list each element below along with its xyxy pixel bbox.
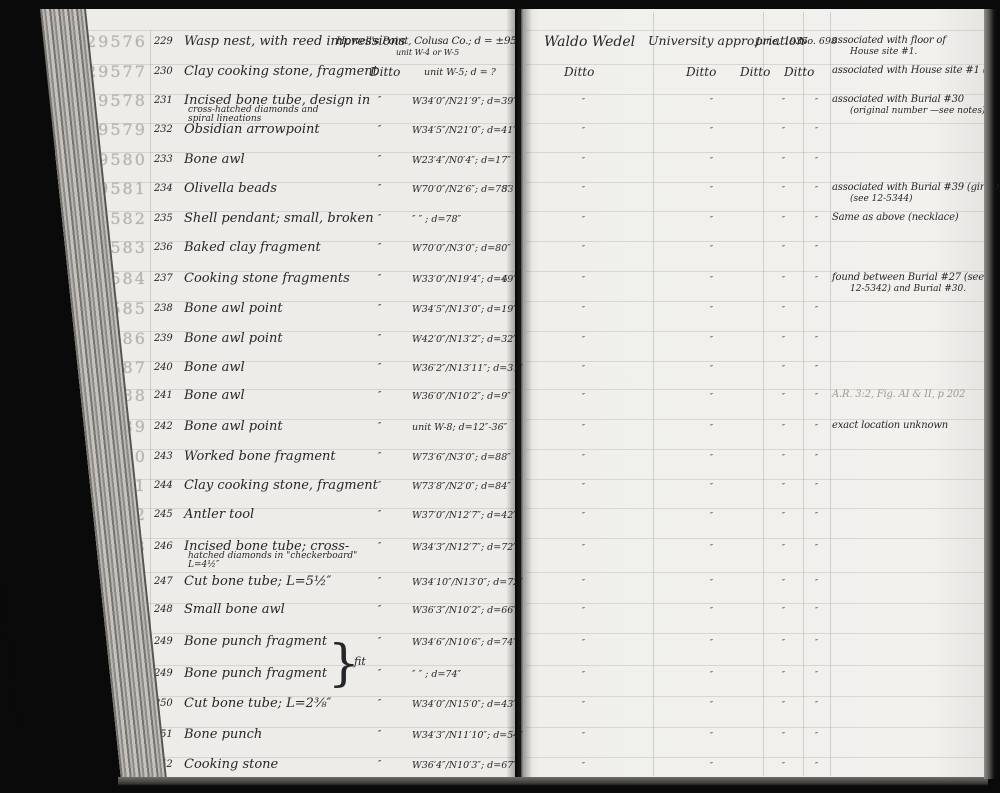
accession-ditto-mark: ″ <box>815 639 818 647</box>
date-ditto-mark: ″ <box>782 276 785 284</box>
remark-line: Same as above (necklace) <box>832 213 959 223</box>
accession-ditto-mark: ″ <box>815 157 818 165</box>
remark-line: associated with Burial #30 <box>832 95 964 105</box>
ruled-line <box>526 633 984 634</box>
date-ditto-mark: ″ <box>782 544 785 552</box>
acquisition-ditto-mark: ″ <box>710 483 713 491</box>
measurement: W34′0″/N15′0″; d=43″ <box>412 700 517 710</box>
accession-ditto-mark: ″ <box>815 732 818 740</box>
accession-ditto-mark: ″ <box>815 365 818 373</box>
accession-ditto-mark: ″ <box>815 216 818 224</box>
date-ditto-mark: ″ <box>782 579 785 587</box>
locality-ditto-mark: ″ <box>378 305 381 314</box>
collector-ditto-mark: ″ <box>582 512 585 520</box>
measurement: W36′4″/N10′3″; d=67″ <box>412 761 517 771</box>
remark-line: associated with floor of <box>832 36 946 46</box>
accession-ditto-mark: ″ <box>815 424 818 432</box>
page-right-edge <box>984 9 996 779</box>
ruled-line <box>526 449 984 450</box>
original-number: 242 <box>154 422 173 432</box>
acquisition-ditto-mark: ″ <box>710 98 713 106</box>
remark-line: House site #1. <box>850 48 917 57</box>
original-number: 235 <box>154 214 173 224</box>
measurement: W34′3″/N12′7″; d=72″ <box>412 543 517 553</box>
specimen-description: Small bone awl <box>184 603 285 616</box>
acquisition-ditto-mark: ″ <box>710 393 713 401</box>
catalog-number-stamp: 29576 <box>86 34 147 50</box>
locality-ditto-mark: ″ <box>378 638 381 647</box>
collector-ditto-mark: ″ <box>582 216 585 224</box>
column-rule <box>763 12 764 776</box>
specimen-description: Cooking stone <box>184 758 278 771</box>
specimen-description: Bone awl <box>184 389 245 402</box>
fit-note: fit <box>354 656 366 667</box>
specimen-description: Bone punch fragment <box>184 635 327 648</box>
measurement: W34′0″/N21′9″; d=39″ <box>412 97 517 107</box>
acquisition-ditto: Ditto <box>686 66 716 78</box>
date-ditto-mark: ″ <box>782 671 785 679</box>
locality-ditto-mark: ″ <box>378 215 381 224</box>
ruled-line <box>526 757 984 758</box>
specimen-description: Bone awl point <box>184 420 283 433</box>
date-ditto-mark: ″ <box>782 639 785 647</box>
catalog-number-stamp: 29577 <box>86 64 147 80</box>
acquisition-ditto-mark: ″ <box>710 579 713 587</box>
ruled-line <box>80 30 514 31</box>
acquisition-ditto-mark: ″ <box>710 701 713 709</box>
accession-ditto-mark: ″ <box>815 671 818 679</box>
original-number: 248 <box>154 605 173 615</box>
date-ditto-mark: ″ <box>782 512 785 520</box>
specimen-description: Bone awl <box>184 153 245 166</box>
locality-ditto-mark: ″ <box>378 392 381 401</box>
date-ditto: Ditto <box>740 66 770 78</box>
remark-line: (see 12-5344) <box>850 195 913 204</box>
measurement: W34′6″/N10′6″; d=74″ <box>412 638 517 648</box>
acquisition-ditto-mark: ″ <box>710 732 713 740</box>
acquisition-ditto-mark: ″ <box>710 157 713 165</box>
remark-line: exact location unknown <box>832 421 948 431</box>
ruled-line <box>526 508 984 509</box>
accession-ditto-mark: ″ <box>815 762 818 770</box>
collector-ditto-mark: ″ <box>582 393 585 401</box>
measurement: W73′6″/N3′0″; d=88″ <box>412 453 511 463</box>
column-rule <box>653 12 654 776</box>
specimen-description: Clay cooking stone, fragment <box>184 65 378 78</box>
original-number: 249 <box>154 669 173 679</box>
original-number: 247 <box>154 577 173 587</box>
acquisition-ditto-mark: ″ <box>710 671 713 679</box>
accession-ditto-mark: ″ <box>815 512 818 520</box>
original-number: 229 <box>154 37 173 47</box>
acquisition-ditto-mark: ″ <box>710 607 713 615</box>
date-ditto-mark: ″ <box>782 393 785 401</box>
date-ditto-mark: ″ <box>782 245 785 253</box>
date-ditto-mark: ″ <box>782 186 785 194</box>
locality-ditto-mark: ″ <box>378 97 381 106</box>
locality-ditto-mark: ″ <box>378 453 381 462</box>
acquisition-ditto-mark: ″ <box>710 424 713 432</box>
measurement: W73′8″/N2′0″; d=84″ <box>412 482 511 492</box>
specimen-description: Bone punch fragment <box>184 667 327 680</box>
specimen-description: Bone awl point <box>184 332 283 345</box>
remark-line: found between Burial #27 (see <box>832 273 984 283</box>
accession-ditto-mark: ″ <box>815 336 818 344</box>
date-ditto-mark: ″ <box>782 365 785 373</box>
locality-ditto-mark: ″ <box>378 244 381 253</box>
acquisition-ditto-mark: ″ <box>710 186 713 194</box>
measurement: W37′0″/N12′7″; d=42″ <box>412 511 517 521</box>
specimen-description: Obsidian arrowpoint <box>184 123 320 136</box>
ruled-line <box>526 123 984 124</box>
collector-ditto-mark: ″ <box>582 336 585 344</box>
collector-ditto-mark: ″ <box>582 157 585 165</box>
date-ditto-mark: ″ <box>782 701 785 709</box>
date-ditto-mark: ″ <box>782 732 785 740</box>
accession-ditto: Ditto <box>784 66 814 78</box>
date-ditto-mark: ″ <box>782 157 785 165</box>
locality-ditto-mark: ″ <box>378 543 381 552</box>
original-number: 249 <box>154 637 173 647</box>
page-bottom-edge <box>118 777 988 786</box>
date-ditto-mark: ″ <box>782 336 785 344</box>
original-number: 233 <box>154 155 173 165</box>
collector-ditto-mark: ″ <box>582 579 585 587</box>
measurement: W70′0″/N3′0″; d=80″ <box>412 244 511 254</box>
collector-name: Waldo Wedel <box>544 35 635 49</box>
original-number: 230 <box>154 67 173 77</box>
ruled-line <box>526 331 984 332</box>
collector-ditto-mark: ″ <box>582 365 585 373</box>
measurement: W70′0″/N2′6″; d=78″ <box>412 185 511 195</box>
specimen-description: Antler tool <box>184 508 254 521</box>
column-rule <box>830 12 831 776</box>
date-ditto-mark: ″ <box>782 216 785 224</box>
locality-ditto: Ditto <box>370 66 400 78</box>
ruled-line <box>526 727 984 728</box>
collector-ditto-mark: ″ <box>582 607 585 615</box>
collector-ditto-mark: ″ <box>582 127 585 135</box>
locality: Howell's Point, Colusa Co.; d = ±95′ <box>336 36 519 47</box>
collector-ditto-mark: ″ <box>582 245 585 253</box>
ruled-line <box>526 572 984 573</box>
ruled-line <box>526 665 984 666</box>
accession-ditto-mark: ″ <box>815 306 818 314</box>
original-number: 246 <box>154 542 173 552</box>
collector-ditto-mark: ″ <box>582 306 585 314</box>
acquisition-ditto-mark: ″ <box>710 454 713 462</box>
acquisition-ditto-mark: ″ <box>710 127 713 135</box>
original-number: 245 <box>154 510 173 520</box>
accession-ditto-mark: ″ <box>815 701 818 709</box>
collector-ditto-mark: ″ <box>582 762 585 770</box>
locality-ditto-mark: ″ <box>378 511 381 520</box>
locality-ditto-mark: ″ <box>378 364 381 373</box>
measurement: W42′0″/N13′2″; d=32″ <box>412 335 517 345</box>
ledger-scan: 29576229Wasp nest, with reed impressions… <box>0 0 1000 793</box>
specimen-description: Cut bone tube; L=5½″ <box>184 575 331 588</box>
date-ditto-mark: ″ <box>782 127 785 135</box>
date-ditto-mark: ″ <box>782 454 785 462</box>
date-ditto-mark: ″ <box>782 98 785 106</box>
collector-ditto-mark: ″ <box>582 671 585 679</box>
remark-line: associated with Burial #39 (girdle) <box>832 183 1000 193</box>
original-number: 241 <box>154 391 173 401</box>
collector-ditto-mark: ″ <box>582 639 585 647</box>
date-ditto-mark: ″ <box>782 483 785 491</box>
original-number: 236 <box>154 243 173 253</box>
accession-ditto-mark: ″ <box>815 454 818 462</box>
accession-ditto-mark: ″ <box>815 607 818 615</box>
acquisition-ditto-mark: ″ <box>710 276 713 284</box>
original-number: 231 <box>154 96 173 106</box>
specimen-description: L=4½″ <box>188 561 219 570</box>
acquisition-ditto-mark: ″ <box>710 544 713 552</box>
locality-ditto-mark: ″ <box>378 606 381 615</box>
measurement: unit W-5; d = ? <box>424 68 496 78</box>
acquisition-ditto-mark: ″ <box>710 365 713 373</box>
locality-ditto-mark: ″ <box>378 761 381 770</box>
collector-ditto-mark: ″ <box>582 732 585 740</box>
accession-ditto-mark: ″ <box>815 127 818 135</box>
original-number: 232 <box>154 125 173 135</box>
accession-ditto-mark: ″ <box>815 579 818 587</box>
remark-line: 12-5342) and Burial #30. <box>850 285 966 294</box>
collector-ditto-mark: ″ <box>582 483 585 491</box>
accession-ditto-mark: ″ <box>815 483 818 491</box>
date-ditto-mark: ″ <box>782 607 785 615</box>
collector-ditto-mark: ″ <box>582 186 585 194</box>
collector-ditto: Ditto <box>564 66 594 78</box>
locality-ditto-mark: ″ <box>378 156 381 165</box>
ruled-line <box>526 30 984 31</box>
locality-ditto-mark: ″ <box>378 423 381 432</box>
ruled-line <box>526 696 984 697</box>
collector-ditto-mark: ″ <box>582 98 585 106</box>
accession-ditto-mark: ″ <box>815 544 818 552</box>
measurement: W36′3″/N10′2″; d=66″ <box>412 606 517 616</box>
locality-ditto-mark: ″ <box>378 126 381 135</box>
remark-line: (original number —see notes) <box>850 107 985 116</box>
measurement: W23′4″/N0′4″; d=17″ <box>412 156 511 166</box>
collector-ditto-mark: ″ <box>582 454 585 462</box>
original-number: 239 <box>154 334 173 344</box>
date-ditto-mark: ″ <box>782 762 785 770</box>
original-number: 234 <box>154 184 173 194</box>
specimen-description: Bone awl point <box>184 302 283 315</box>
collector-ditto-mark: ″ <box>582 701 585 709</box>
specimen-description: Baked clay fragment <box>184 241 321 254</box>
specimen-description: Shell pendant; small, broken <box>184 212 374 225</box>
remark-line: A.R. 3:2, Fig. AI & II, p 202 <box>832 390 965 400</box>
ruled-line <box>526 538 984 539</box>
collector-ditto-mark: ″ <box>582 544 585 552</box>
accession-ditto-mark: ″ <box>815 393 818 401</box>
measurement: W34′5″/N13′0″; d=19″ <box>412 305 517 315</box>
remark-line: associated with House site #1 (?) <box>832 66 995 76</box>
accession-ditto-mark: ″ <box>815 98 818 106</box>
ruled-line <box>526 361 984 362</box>
accession-ditto-mark: ″ <box>815 245 818 253</box>
collector-ditto-mark: ″ <box>582 424 585 432</box>
locality-ditto-mark: ″ <box>378 731 381 740</box>
locality-ditto-mark: ″ <box>378 700 381 709</box>
ruled-line <box>526 152 984 153</box>
specimen-description: Cut bone tube; L=2⅜″ <box>184 697 331 710</box>
measurement: ″ ″ ; d=74″ <box>412 670 461 680</box>
measurement: unit W-8; d=12″-36″ <box>412 423 507 433</box>
original-number: 243 <box>154 452 173 462</box>
original-number: 238 <box>154 304 173 314</box>
locality-ditto-mark: ″ <box>378 670 381 679</box>
accession-ditto-mark: ″ <box>815 186 818 194</box>
ruled-line <box>526 479 984 480</box>
locality-ditto-mark: ″ <box>378 185 381 194</box>
locality-ditto-mark: ″ <box>378 482 381 491</box>
date-ditto-mark: ″ <box>782 306 785 314</box>
specimen-description: Olivella beads <box>184 182 277 195</box>
acquisition-ditto-mark: ″ <box>710 245 713 253</box>
measurement: W36′0″/N10′2″; d=9″ <box>412 392 511 402</box>
acquisition-ditto-mark: ″ <box>710 306 713 314</box>
accession-ditto-mark: ″ <box>815 276 818 284</box>
ruled-line <box>526 603 984 604</box>
specimen-description: Cooking stone fragments <box>184 272 350 285</box>
locality-note: unit W-4 or W-5 <box>396 49 459 57</box>
book-gutter-shadow <box>506 9 532 777</box>
specimen-description: Worked bone fragment <box>184 450 336 463</box>
ruled-line <box>526 301 984 302</box>
acquisition-ditto-mark: ″ <box>710 512 713 520</box>
specimen-description: Clay cooking stone, fragment <box>184 479 378 492</box>
original-number: 240 <box>154 363 173 373</box>
original-number: 237 <box>154 274 173 284</box>
column-rule <box>803 12 804 776</box>
acquisition-ditto-mark: ″ <box>710 336 713 344</box>
measurement: ″ ″ ; d=78″ <box>412 215 461 225</box>
locality-ditto-mark: ″ <box>378 578 381 587</box>
locality-ditto-mark: ″ <box>378 335 381 344</box>
measurement: W34′5″/N21′0″; d=41″ <box>412 126 517 136</box>
locality-ditto-mark: ″ <box>378 275 381 284</box>
acquisition-ditto-mark: ″ <box>710 216 713 224</box>
specimen-description: Bone punch <box>184 728 262 741</box>
acquisition-ditto-mark: ″ <box>710 639 713 647</box>
ruled-line <box>526 241 984 242</box>
original-number: 244 <box>154 481 173 491</box>
specimen-description: Bone awl <box>184 361 245 374</box>
collector-ditto-mark: ″ <box>582 276 585 284</box>
acquisition-ditto-mark: ″ <box>710 762 713 770</box>
date-ditto-mark: ″ <box>782 424 785 432</box>
